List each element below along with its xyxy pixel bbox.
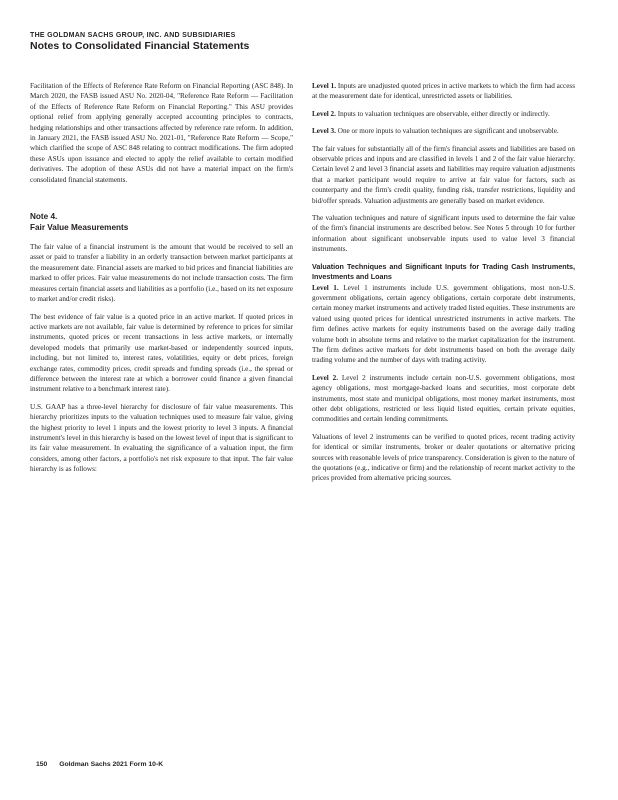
report-name: Goldman Sachs 2021 Form 10-K [59, 761, 163, 768]
note-title: Fair Value Measurements [30, 222, 293, 233]
page-footer: 150 Goldman Sachs 2021 Form 10-K [36, 761, 163, 768]
level-definition: Level 3. One or more inputs to valuation… [312, 126, 575, 136]
paragraph: The fair values for substantially all of… [312, 144, 575, 206]
note-heading: Note 4. Fair Value Measurements [30, 211, 293, 233]
page-number: 150 [36, 761, 47, 768]
paragraph: The valuation techniques and nature of s… [312, 213, 575, 255]
company-name: THE GOLDMAN SACHS GROUP, INC. AND SUBSID… [30, 31, 590, 40]
level-text: Level 1 instruments include U.S. governm… [312, 284, 575, 365]
paragraph: U.S. GAAP has a three-level hierarchy fo… [30, 402, 293, 475]
level-label: Level 2. [312, 374, 338, 382]
level-text: Level 2 instruments include certain non-… [312, 374, 575, 424]
level-label: Level 2. [312, 110, 336, 118]
level-definition: Level 1. Inputs are unadjusted quoted pr… [312, 81, 575, 102]
left-column: Facilitation of the Effects of Reference… [30, 81, 293, 482]
page-title: Notes to Consolidated Financial Statemen… [30, 40, 590, 53]
note-number: Note 4. [30, 211, 293, 222]
level-text: Inputs are unadjusted quoted prices in a… [312, 82, 575, 100]
section-subheading: Valuation Techniques and Significant Inp… [312, 262, 575, 283]
level-detail: Level 1. Level 1 instruments include U.S… [312, 283, 575, 366]
paragraph: The best evidence of fair value is a quo… [30, 312, 293, 395]
level-definition: Level 2. Inputs to valuation techniques … [312, 109, 575, 119]
paragraph: The fair value of a financial instrument… [30, 242, 293, 304]
level-label: Level 3. [312, 127, 336, 135]
level-text: Inputs to valuation techniques are obser… [338, 110, 550, 118]
paragraph: Valuations of level 2 instruments can be… [312, 432, 575, 484]
level-label: Level 1. [312, 284, 339, 292]
right-column: Level 1. Inputs are unadjusted quoted pr… [312, 81, 575, 491]
level-label: Level 1. [312, 82, 336, 90]
intro-paragraph: Facilitation of the Effects of Reference… [30, 81, 293, 185]
level-text: One or more inputs to valuation techniqu… [338, 127, 559, 135]
page-header: THE GOLDMAN SACHS GROUP, INC. AND SUBSID… [30, 31, 590, 53]
level-detail: Level 2. Level 2 instruments include cer… [312, 373, 575, 425]
